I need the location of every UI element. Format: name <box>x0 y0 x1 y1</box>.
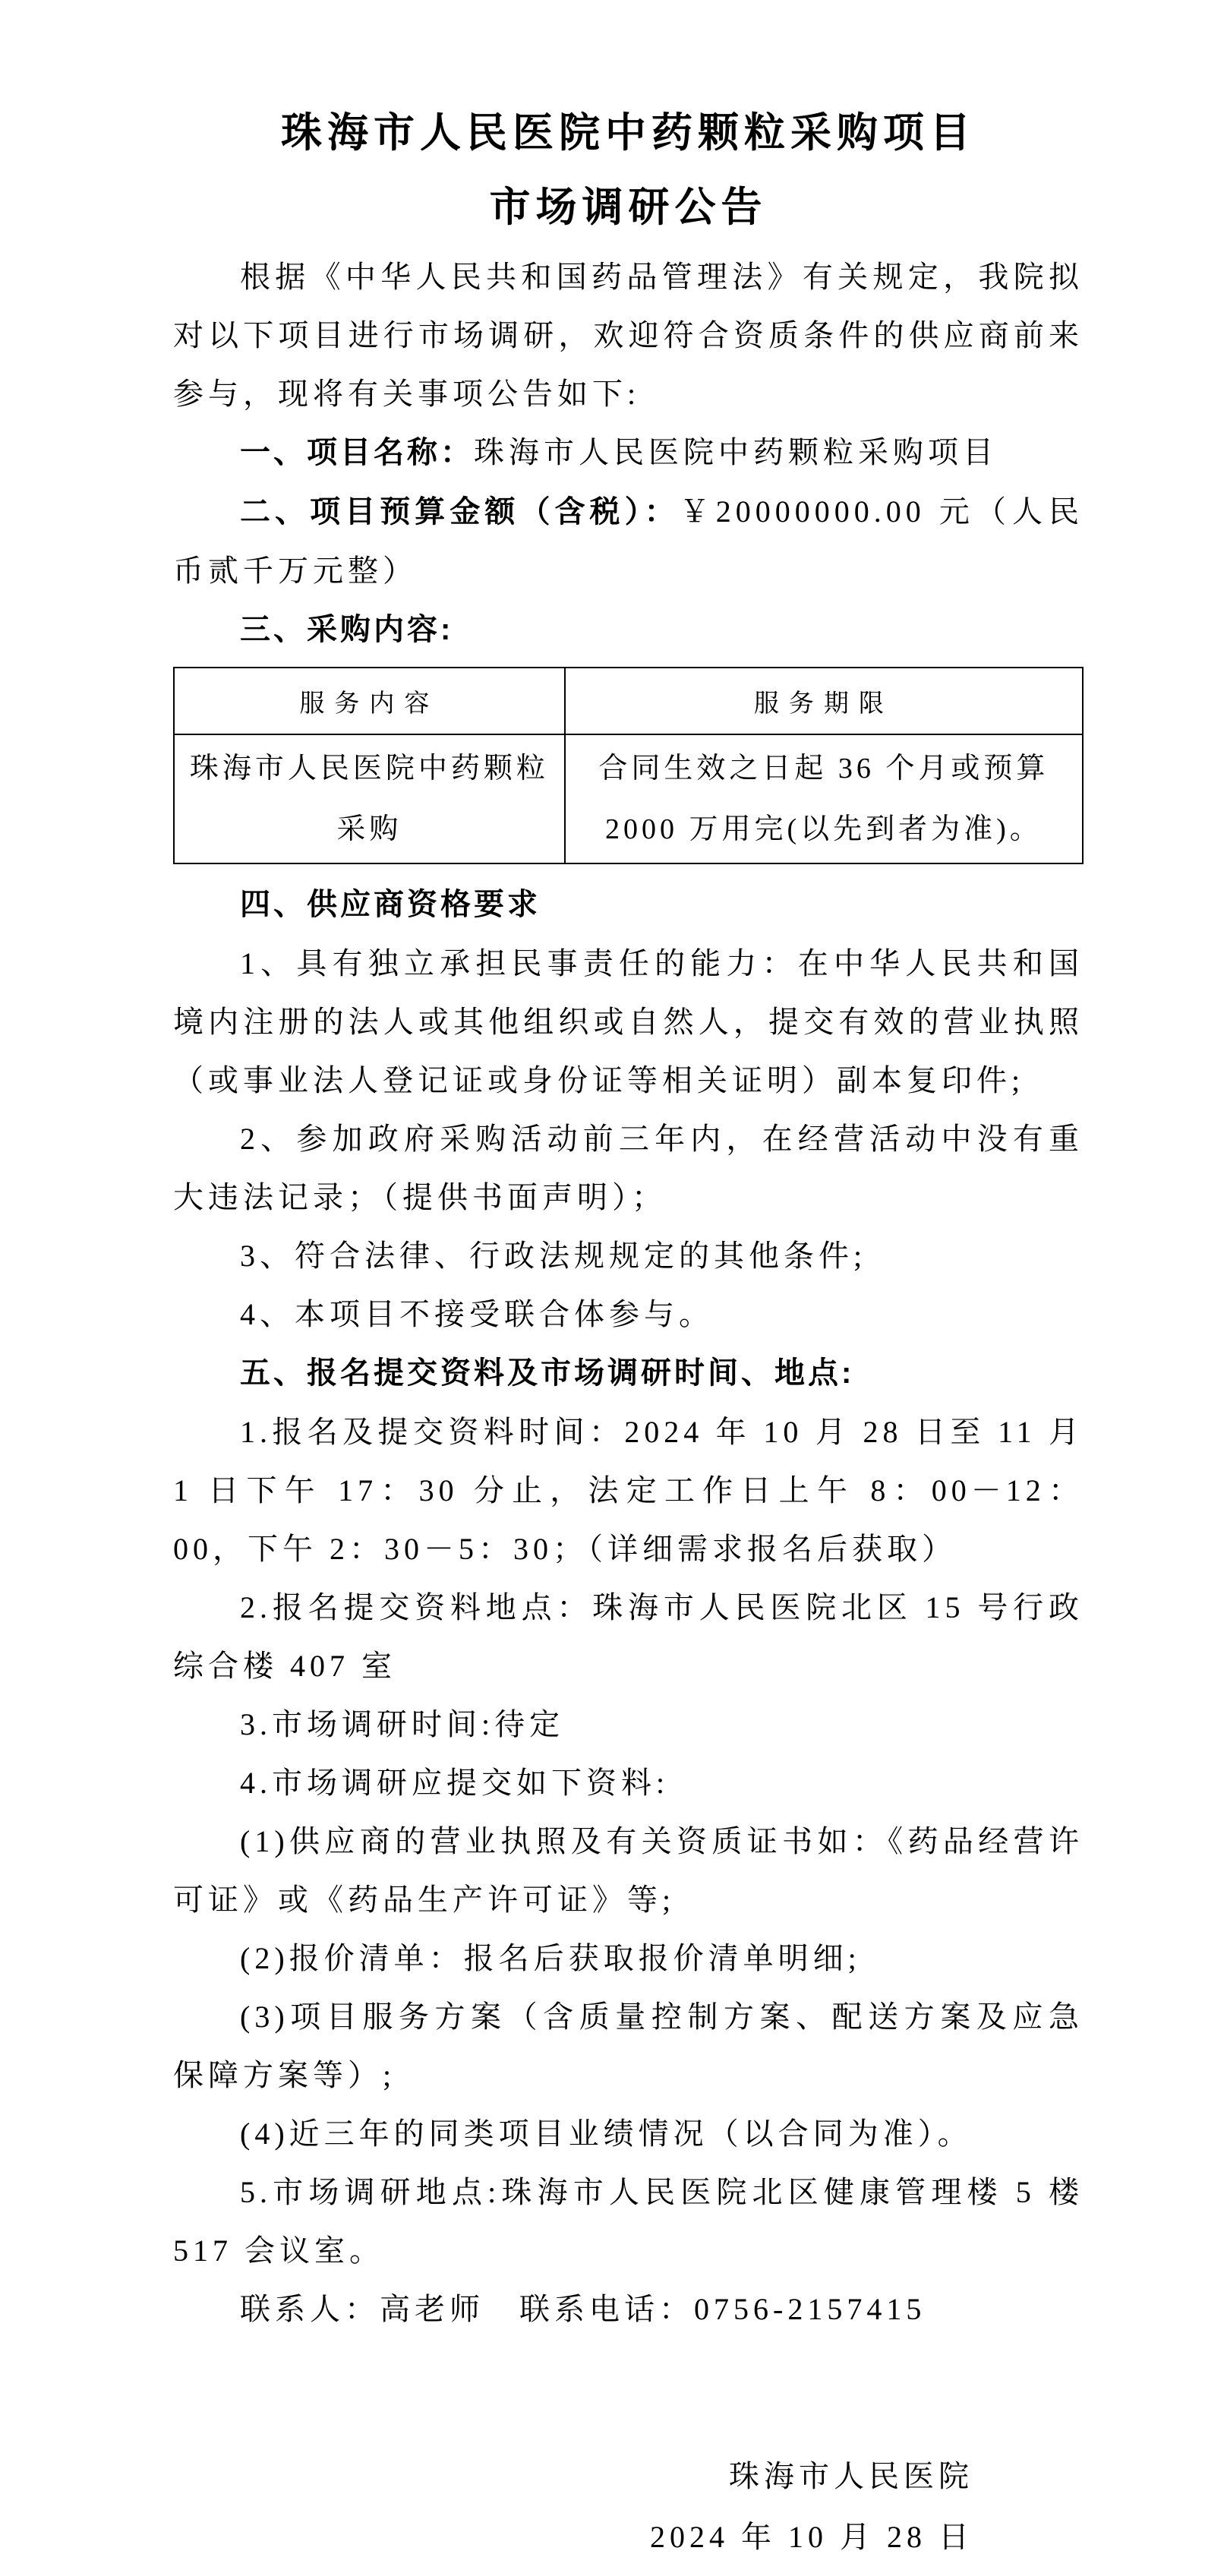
section-5-item-5: 5.市场调研地点:珠海市人民医院北区健康管理楼 5 楼 517 会议室。 <box>173 2163 1084 2280</box>
section-4-item-3: 3、符合法律、行政法规规定的其他条件; <box>173 1226 1084 1285</box>
document-title-line2: 市场调研公告 <box>173 187 1084 228</box>
section-3-purchase-content: 三、采购内容: <box>173 600 1084 659</box>
signature-org: 珠海市人民医院 <box>173 2446 973 2507</box>
section-5-item-1: 1.报名及提交资料时间：2024 年 10 月 28 日至 11 月 1 日下午… <box>173 1403 1084 1578</box>
signature-date: 2024 年 10 月 28 日 <box>173 2507 973 2568</box>
section-4-heading-label: 四、供应商资格要求 <box>240 888 541 921</box>
section-3-label: 三、采购内容: <box>240 613 453 646</box>
contact-line: 联系人：高老师 联系电话：0756-2157415 <box>173 2280 1084 2338</box>
section-2-label: 二、项目预算金额（含税）： <box>240 495 680 529</box>
section-4-item-2: 2、参加政府采购活动前三年内，在经营活动中没有重大违法记录；（提供书面声明）； <box>173 1110 1084 1226</box>
section-5-heading: 五、报名提交资料及市场调研时间、地点: <box>173 1343 1084 1403</box>
section-5-heading-label: 五、报名提交资料及市场调研时间、地点: <box>240 1356 854 1390</box>
section-5-item-2: 2.报名提交资料地点：珠海市人民医院北区 15 号行政综合楼 407 室 <box>173 1578 1084 1695</box>
section-5-item-4: 4.市场调研应提交如下资料: <box>173 1754 1084 1812</box>
table-cell-service-period: 合同生效之日起 36 个月或预算 2000 万用完(以先到者为准)。 <box>565 734 1083 863</box>
document-page: 珠海市人民医院中药颗粒采购项目 市场调研公告 根据《中华人民共和国药品管理法》有… <box>0 0 1205 2576</box>
table-cell-service-content: 珠海市人民医院中药颗粒采购 <box>174 734 565 863</box>
document-title-line1: 珠海市人民医院中药颗粒采购项目 <box>173 112 1084 153</box>
section-2-budget: 二、项目预算金额（含税）：￥20000000.00 元（人民币贰千万元整） <box>173 482 1084 600</box>
section-5-item-4-2: (2)报价清单：报名后获取报价清单明细; <box>173 1929 1084 1987</box>
document-content: 珠海市人民医院中药颗粒采购项目 市场调研公告 根据《中华人民共和国药品管理法》有… <box>173 112 1084 2568</box>
section-5-item-3: 3.市场调研时间:待定 <box>173 1695 1084 1754</box>
signature-block: 珠海市人民医院 2024 年 10 月 28 日 <box>173 2446 1084 2568</box>
table-row: 珠海市人民医院中药颗粒采购 合同生效之日起 36 个月或预算 2000 万用完(… <box>174 734 1083 863</box>
section-5-item-4-4: (4)近三年的同类项目业绩情况（以合同为准）。 <box>173 2104 1084 2163</box>
table-header-row: 服务内容 服务期限 <box>174 668 1083 734</box>
section-1-project-name: 一、项目名称：珠海市人民医院中药颗粒采购项目 <box>173 423 1084 482</box>
table-header-service-period: 服务期限 <box>565 668 1083 734</box>
procurement-table: 服务内容 服务期限 珠海市人民医院中药颗粒采购 合同生效之日起 36 个月或预算… <box>173 667 1084 864</box>
section-1-label: 一、项目名称： <box>240 436 474 469</box>
section-4-item-4: 4、本项目不接受联合体参与。 <box>173 1285 1084 1343</box>
intro-paragraph: 根据《中华人民共和国药品管理法》有关规定，我院拟对以下项目进行市场调研，欢迎符合… <box>173 248 1084 423</box>
section-4-item-1: 1、具有独立承担民事责任的能力：在中华人民共和国境内注册的法人或其他组织或自然人… <box>173 934 1084 1110</box>
section-4-heading: 四、供应商资格要求 <box>173 875 1084 934</box>
section-5-item-4-3: (3)项目服务方案（含质量控制方案、配送方案及应急保障方案等）; <box>173 1987 1084 2104</box>
section-5-item-4-1: (1)供应商的营业执照及有关资质证书如：《药品经营许可证》或《药品生产许可证》等… <box>173 1812 1084 1929</box>
table-header-service-content: 服务内容 <box>174 668 565 734</box>
section-1-text: 珠海市人民医院中药颗粒采购项目 <box>474 435 998 469</box>
